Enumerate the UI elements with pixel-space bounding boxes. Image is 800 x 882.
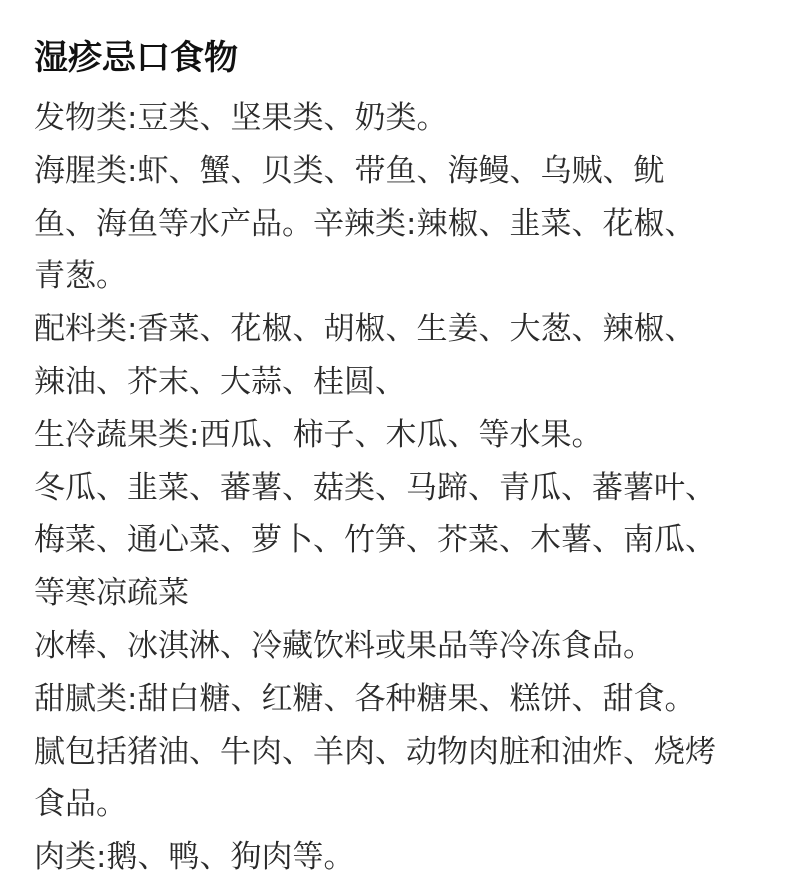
text-line-greasy-1: 腻包括猪油、牛肉、羊肉、动物肉脏和油炸、烧烤 bbox=[34, 726, 778, 779]
document-body: 发物类:豆类、坚果类、奶类。 海腥类:虾、蟹、贝类、带鱼、海鳗、乌贼、鱿 鱼、海… bbox=[34, 92, 778, 882]
text-line-vegetables-3: 等寒凉疏菜 bbox=[34, 567, 778, 620]
text-line-meat: 肉类:鹅、鸭、狗肉等。 bbox=[34, 831, 778, 882]
text-line-greasy-2: 食品。 bbox=[34, 778, 778, 831]
text-line-haixing-3: 青葱。 bbox=[34, 250, 778, 303]
text-line-frozen: 冰棒、冰淇淋、冷藏饮料或果品等冷冻食品。 bbox=[34, 620, 778, 673]
text-line-tianni: 甜腻类:甜白糖、红糖、各种糖果、糕饼、甜食。 bbox=[34, 673, 778, 726]
text-line-haixing-1: 海腥类:虾、蟹、贝类、带鱼、海鳗、乌贼、鱿 bbox=[34, 145, 778, 198]
document-title: 湿疹忌口食物 bbox=[34, 36, 778, 80]
document-page: 湿疹忌口食物 发物类:豆类、坚果类、奶类。 海腥类:虾、蟹、贝类、带鱼、海鳗、乌… bbox=[0, 0, 800, 882]
text-line-peiliao-2: 辣油、芥末、大蒜、桂圆、 bbox=[34, 356, 778, 409]
text-line-haixing-2: 鱼、海鱼等水产品。辛辣类:辣椒、韭菜、花椒、 bbox=[34, 198, 778, 251]
text-line-peiliao-1: 配料类:香菜、花椒、胡椒、生姜、大葱、辣椒、 bbox=[34, 303, 778, 356]
text-line-vegetables-2: 梅菜、通心菜、萝卜、竹笋、芥菜、木薯、南瓜、 bbox=[34, 514, 778, 567]
text-line-vegetables-1: 冬瓜、韭菜、蕃薯、菇类、马蹄、青瓜、蕃薯叶、 bbox=[34, 462, 778, 515]
text-line-shengleng: 生冷蔬果类:西瓜、柿子、木瓜、等水果。 bbox=[34, 409, 778, 462]
text-line-fawu: 发物类:豆类、坚果类、奶类。 bbox=[34, 92, 778, 145]
